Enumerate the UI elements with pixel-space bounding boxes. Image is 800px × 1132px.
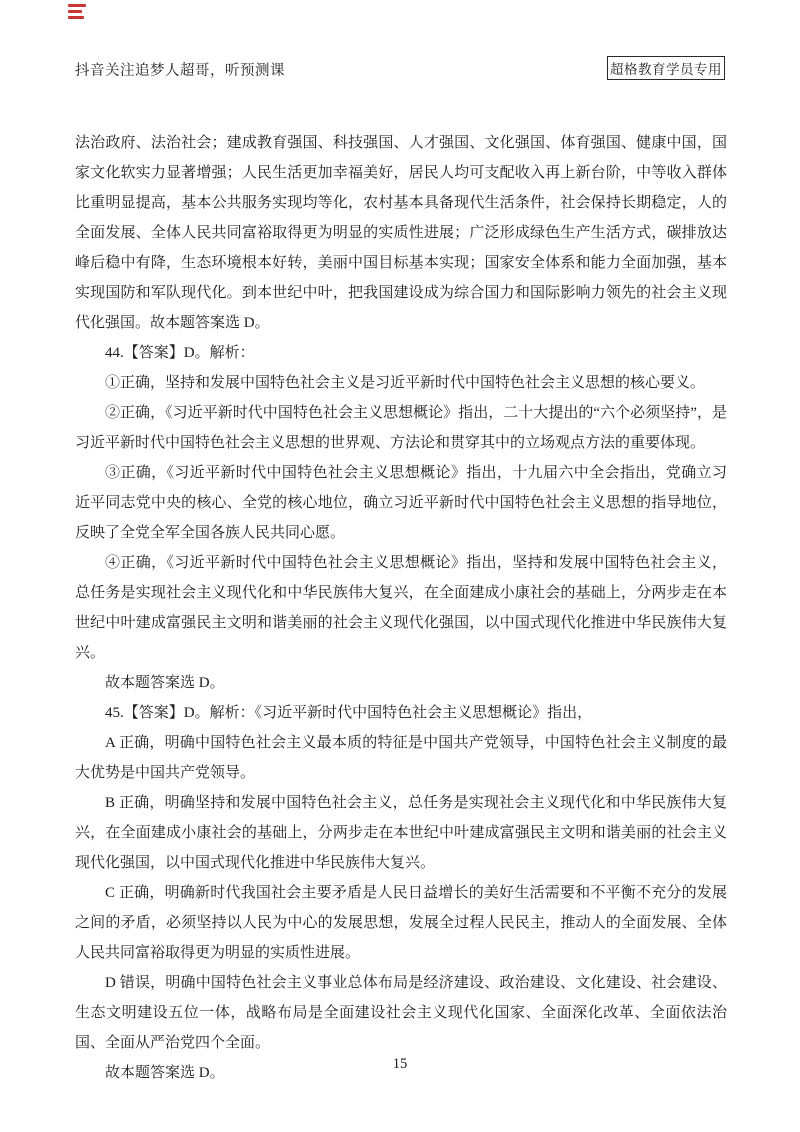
paragraph: A 正确，明确中国特色社会主义最本质的特征是中国共产党领导，中国特色社会主义制度…	[75, 728, 727, 788]
paragraph: D 错误，明确中国特色社会主义事业总体布局是经济建设、政治建设、文化建设、社会建…	[75, 968, 727, 1058]
paragraph: ③正确，《习近平新时代中国特色社会主义思想概论》指出，十九届六中全会指出，党确立…	[75, 458, 727, 548]
paragraph: ④正确，《习近平新时代中国特色社会主义思想概论》指出，坚持和发展中国特色社会主义…	[75, 548, 727, 668]
paragraph: 44.【答案】D。解析：	[75, 338, 727, 368]
document-body: 法治政府、法治社会；建成教育强国、科技强国、人才强国、文化强国、体育强国、健康中…	[75, 128, 727, 1088]
paragraph: C 正确，明确新时代我国社会主要矛盾是人民日益增长的美好生活需要和不平衡不充分的…	[75, 878, 727, 968]
header-badge: 超格教育学员专用	[607, 56, 725, 80]
paragraph: ②正确，《习近平新时代中国特色社会主义思想概论》指出，二十大提出的“六个必须坚持…	[75, 398, 727, 458]
page-number: 15	[0, 1056, 800, 1073]
paragraph: B 正确，明确坚持和发展中国特色社会主义，总任务是实现社会主义现代化和中华民族伟…	[75, 788, 727, 878]
document-page: 抖音关注追梦人超哥，听预测课 超格教育学员专用 法治政府、法治社会；建成教育强国…	[0, 0, 800, 1132]
red-stamp-icon	[68, 4, 86, 19]
paragraph: 45.【答案】D。解析：《习近平新时代中国特色社会主义思想概论》指出，	[75, 698, 727, 728]
paragraph: 故本题答案选 D。	[75, 668, 727, 698]
paragraph: ①正确，坚持和发展中国特色社会主义是习近平新时代中国特色社会主义思想的核心要义。	[75, 368, 727, 398]
paragraph: 法治政府、法治社会；建成教育强国、科技强国、人才强国、文化强国、体育强国、健康中…	[75, 128, 727, 338]
header-note: 抖音关注追梦人超哥，听预测课	[75, 59, 285, 80]
